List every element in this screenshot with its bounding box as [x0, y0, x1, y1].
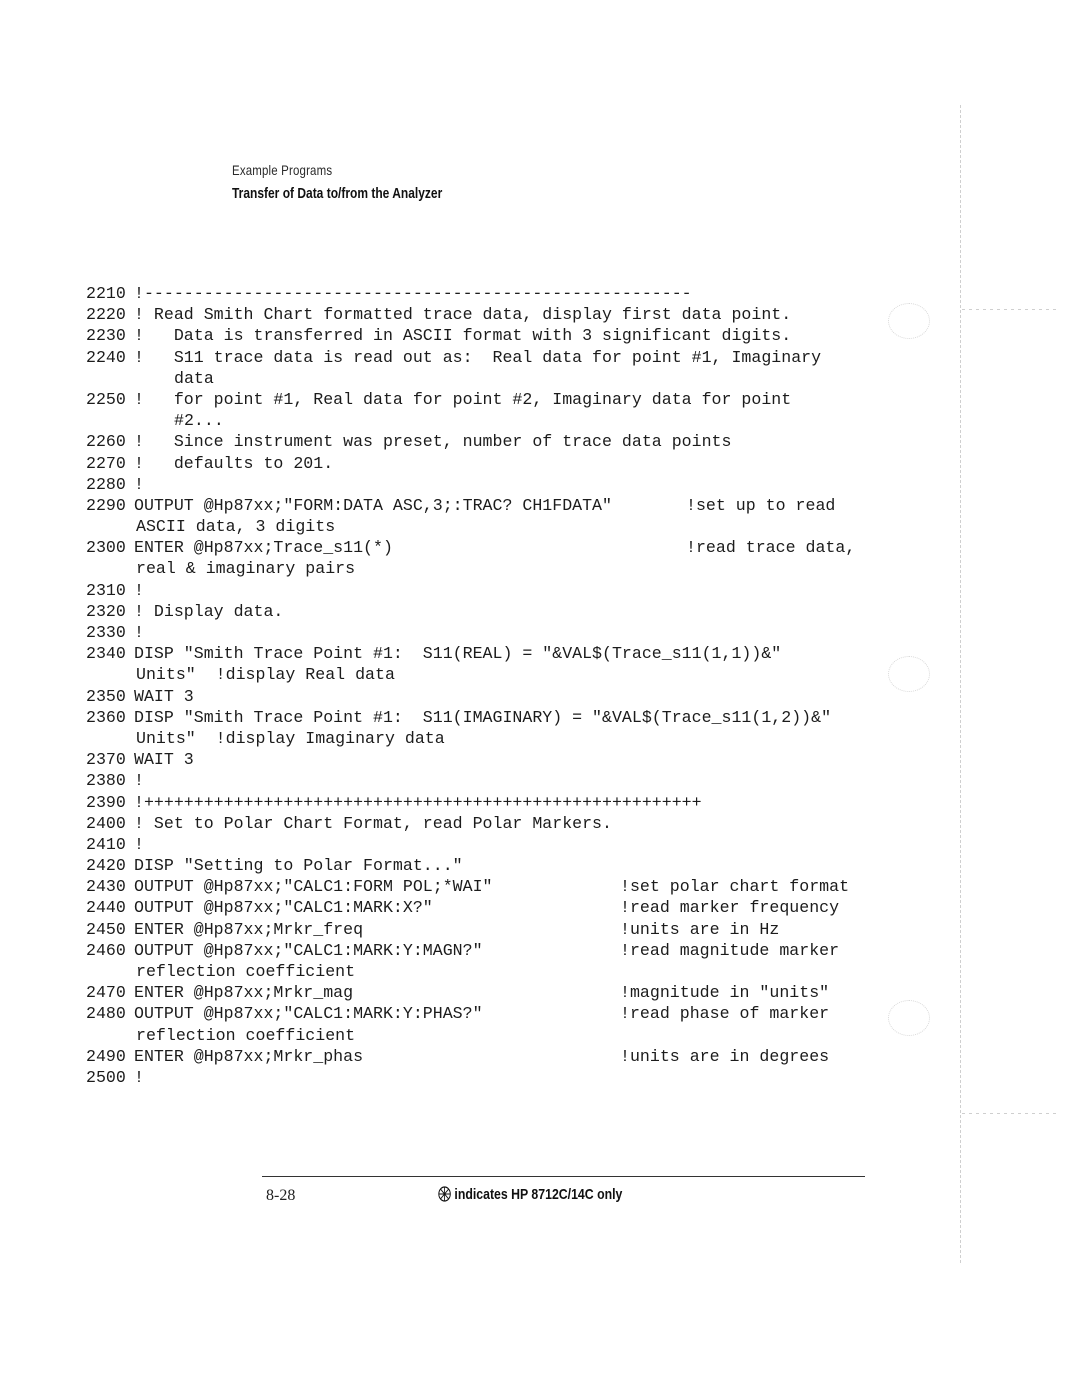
inline-comment: !read trace data, [686, 537, 855, 558]
code-text: ! [134, 1067, 144, 1088]
line-number: 2360 [86, 707, 126, 728]
line-number: 2250 [86, 389, 126, 410]
code-line: 2400! Set to Polar Chart Format, read Po… [86, 813, 876, 834]
line-number: 2410 [86, 834, 126, 855]
code-text: Units" !display Imaginary data [136, 728, 445, 749]
code-text: real & imaginary pairs [136, 558, 355, 579]
code-text: OUTPUT @Hp87xx;"FORM:DATA ASC,3;:TRAC? C… [134, 495, 612, 516]
inline-comment: !magnitude in "units" [620, 982, 829, 1003]
code-text: ! Read Smith Chart formatted trace data,… [134, 304, 791, 325]
code-text: ENTER @Hp87xx;Mrkr_freq [134, 919, 363, 940]
footnote-text: indicates HP 8712C/14C only [454, 1186, 622, 1203]
inline-comment: !set polar chart format [620, 876, 849, 897]
code-line-continuation: data [86, 368, 876, 389]
line-number: 2380 [86, 770, 126, 791]
code-text: data [174, 368, 214, 389]
code-line: 2370WAIT 3 [86, 749, 876, 770]
code-line: 2340DISP "Smith Trace Point #1: S11(REAL… [86, 643, 876, 664]
code-text: WAIT 3 [134, 686, 194, 707]
line-number: 2230 [86, 325, 126, 346]
inline-comment: !units are in degrees [620, 1046, 829, 1067]
code-text: ! [134, 580, 144, 601]
code-text: OUTPUT @Hp87xx;"CALC1:FORM POL;*WAI" [134, 876, 492, 897]
code-text: ! Set to Polar Chart Format, read Polar … [134, 813, 612, 834]
code-text: ! Data is transferred in ASCII format wi… [134, 325, 791, 346]
code-text: DISP "Smith Trace Point #1: S11(REAL) = … [134, 643, 781, 664]
line-number: 2390 [86, 792, 126, 813]
code-text: DISP "Smith Trace Point #1: S11(IMAGINAR… [134, 707, 831, 728]
page-title: Transfer of Data to/from the Analyzer [232, 185, 442, 202]
code-text: ENTER @Hp87xx;Mrkr_mag [134, 982, 353, 1003]
code-line: 2310! [86, 580, 876, 601]
code-line: 2260! Since instrument was preset, numbe… [86, 431, 876, 452]
line-number: 2400 [86, 813, 126, 834]
line-number: 2320 [86, 601, 126, 622]
footer-divider [262, 1176, 865, 1177]
code-listing: 2210!-----------------------------------… [86, 283, 876, 1088]
code-line: 2380! [86, 770, 876, 791]
code-line: 2290OUTPUT @Hp87xx;"FORM:DATA ASC,3;:TRA… [86, 495, 876, 516]
code-line: 2270! defaults to 201. [86, 453, 876, 474]
code-line: 2250! for point #1, Real data for point … [86, 389, 876, 410]
code-line: 2320! Display data. [86, 601, 876, 622]
line-number: 2440 [86, 897, 126, 918]
line-number: 2270 [86, 453, 126, 474]
line-number: 2460 [86, 940, 126, 961]
code-text: WAIT 3 [134, 749, 194, 770]
punch-hole [888, 656, 930, 692]
code-line-continuation: ASCII data, 3 digits [86, 516, 876, 537]
punch-hole [888, 1000, 930, 1036]
code-text: ! for point #1, Real data for point #2, … [134, 389, 791, 410]
scan-margin-line [960, 105, 961, 1265]
line-number: 2330 [86, 622, 126, 643]
code-line: 2480OUTPUT @Hp87xx;"CALC1:MARK:Y:PHAS?"!… [86, 1003, 876, 1024]
crop-mark [962, 309, 1058, 310]
code-text: !+++++++++++++++++++++++++++++++++++++++… [134, 792, 702, 813]
line-number: 2480 [86, 1003, 126, 1024]
line-number: 2420 [86, 855, 126, 876]
page-number: 8-28 [266, 1187, 295, 1205]
code-line: 2440OUTPUT @Hp87xx;"CALC1:MARK:X?"!read … [86, 897, 876, 918]
inline-comment: !read marker frequency [620, 897, 839, 918]
code-text: ! [134, 622, 144, 643]
hp-8712c-14c-emblem-icon [438, 1186, 451, 1206]
code-line-continuation: Units" !display Real data [86, 664, 876, 685]
line-number: 2280 [86, 474, 126, 495]
crop-mark [962, 1113, 1058, 1114]
code-line: 2430OUTPUT @Hp87xx;"CALC1:FORM POL;*WAI"… [86, 876, 876, 897]
line-number: 2350 [86, 686, 126, 707]
code-text: ! Since instrument was preset, number of… [134, 431, 731, 452]
line-number: 2470 [86, 982, 126, 1003]
line-number: 2310 [86, 580, 126, 601]
code-text: ! Display data. [134, 601, 283, 622]
line-number: 2290 [86, 495, 126, 516]
code-line-continuation: reflection coefficient [86, 1025, 876, 1046]
line-number: 2240 [86, 347, 126, 368]
line-number: 2500 [86, 1067, 126, 1088]
inline-comment: !read phase of marker [620, 1003, 829, 1024]
code-text: reflection coefficient [136, 1025, 355, 1046]
line-number: 2370 [86, 749, 126, 770]
inline-comment: !set up to read [686, 495, 835, 516]
code-text: DISP "Setting to Polar Format..." [134, 855, 463, 876]
code-line-continuation: Units" !display Imaginary data [86, 728, 876, 749]
line-number: 2450 [86, 919, 126, 940]
line-number: 2430 [86, 876, 126, 897]
code-line: 2360DISP "Smith Trace Point #1: S11(IMAG… [86, 707, 876, 728]
line-number: 2340 [86, 643, 126, 664]
section-label: Example Programs [232, 162, 332, 178]
footnote: indicates HP 8712C/14C only [438, 1186, 622, 1206]
code-line: 2300ENTER @Hp87xx;Trace_s11(*)!read trac… [86, 537, 876, 558]
line-number: 2220 [86, 304, 126, 325]
code-line: 2390!+++++++++++++++++++++++++++++++++++… [86, 792, 876, 813]
code-text: ! S11 trace data is read out as: Real da… [134, 347, 821, 368]
code-line: 2280! [86, 474, 876, 495]
code-text: ! [134, 770, 144, 791]
punch-hole [888, 303, 930, 339]
code-line-continuation: #2... [86, 410, 876, 431]
code-text: OUTPUT @Hp87xx;"CALC1:MARK:X?" [134, 897, 433, 918]
line-number: 2210 [86, 283, 126, 304]
code-text: ENTER @Hp87xx;Trace_s11(*) [134, 537, 393, 558]
code-text: Units" !display Real data [136, 664, 395, 685]
code-line: 2450ENTER @Hp87xx;Mrkr_freq!units are in… [86, 919, 876, 940]
code-line: 2500! [86, 1067, 876, 1088]
code-text: ! [134, 474, 144, 495]
code-text: ! defaults to 201. [134, 453, 333, 474]
code-text: ! [134, 834, 144, 855]
code-line: 2330! [86, 622, 876, 643]
code-text: ENTER @Hp87xx;Mrkr_phas [134, 1046, 363, 1067]
code-line-continuation: reflection coefficient [86, 961, 876, 982]
code-text: OUTPUT @Hp87xx;"CALC1:MARK:Y:MAGN?" [134, 940, 483, 961]
code-line: 2460OUTPUT @Hp87xx;"CALC1:MARK:Y:MAGN?"!… [86, 940, 876, 961]
inline-comment: !read magnitude marker [620, 940, 839, 961]
code-line: 2350WAIT 3 [86, 686, 876, 707]
code-text: #2... [174, 410, 224, 431]
code-line-continuation: real & imaginary pairs [86, 558, 876, 579]
code-text: ASCII data, 3 digits [136, 516, 335, 537]
line-number: 2300 [86, 537, 126, 558]
code-text: OUTPUT @Hp87xx;"CALC1:MARK:Y:PHAS?" [134, 1003, 483, 1024]
code-line: 2410! [86, 834, 876, 855]
code-line: 2470ENTER @Hp87xx;Mrkr_mag!magnitude in … [86, 982, 876, 1003]
code-line: 2230! Data is transferred in ASCII forma… [86, 325, 876, 346]
code-line: 2490ENTER @Hp87xx;Mrkr_phas!units are in… [86, 1046, 876, 1067]
code-line: 2210!-----------------------------------… [86, 283, 876, 304]
line-number: 2260 [86, 431, 126, 452]
inline-comment: !units are in Hz [620, 919, 779, 940]
code-line: 2420DISP "Setting to Polar Format..." [86, 855, 876, 876]
code-text: reflection coefficient [136, 961, 355, 982]
code-line: 2220! Read Smith Chart formatted trace d… [86, 304, 876, 325]
code-text: !---------------------------------------… [134, 283, 692, 304]
line-number: 2490 [86, 1046, 126, 1067]
code-line: 2240! S11 trace data is read out as: Rea… [86, 347, 876, 368]
